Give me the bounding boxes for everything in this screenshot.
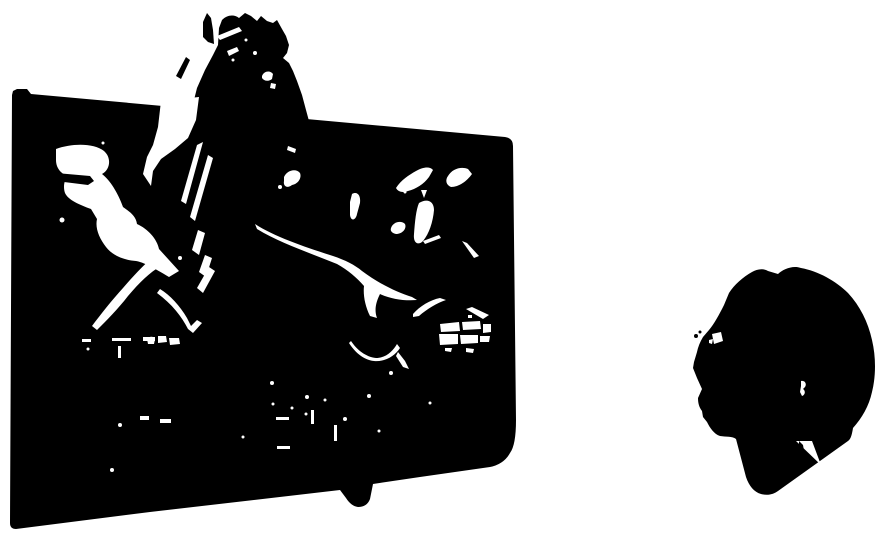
dash-highlight	[334, 425, 337, 441]
silhouette-scene	[0, 0, 886, 548]
glasses-speck	[699, 331, 702, 334]
speck-highlight	[378, 430, 381, 433]
speck-highlight	[404, 191, 407, 194]
speck-highlight	[278, 185, 282, 189]
dash-highlight	[276, 417, 289, 420]
speck-highlight	[87, 348, 90, 351]
speck-highlight	[60, 218, 65, 223]
dash-highlight	[277, 446, 290, 449]
scene-svg	[0, 0, 886, 548]
speck-highlight	[270, 381, 274, 385]
speck-highlight	[253, 51, 257, 55]
speck-highlight	[429, 402, 432, 405]
speck-highlight	[232, 59, 235, 62]
speck-highlight	[305, 395, 309, 399]
speck-highlight	[118, 423, 122, 427]
glasses-speck	[694, 334, 698, 338]
speck-highlight	[242, 436, 245, 439]
speck-highlight	[178, 256, 182, 260]
dash-highlight	[160, 419, 171, 423]
speck-highlight	[367, 394, 371, 398]
speck-highlight	[272, 403, 275, 406]
speck-highlight	[291, 407, 294, 410]
speck-highlight	[245, 39, 248, 42]
speck-highlight	[389, 371, 393, 375]
dash-highlight	[311, 410, 314, 424]
speck-highlight	[343, 417, 347, 421]
speck-highlight	[324, 399, 327, 402]
dash-highlight	[140, 416, 149, 420]
speck-highlight	[102, 142, 105, 145]
speck-highlight	[305, 413, 308, 416]
viewer-head-profile	[693, 267, 875, 495]
mane-strand	[176, 57, 190, 79]
speck-highlight	[110, 468, 114, 472]
horse-ear-tuft	[203, 13, 214, 44]
